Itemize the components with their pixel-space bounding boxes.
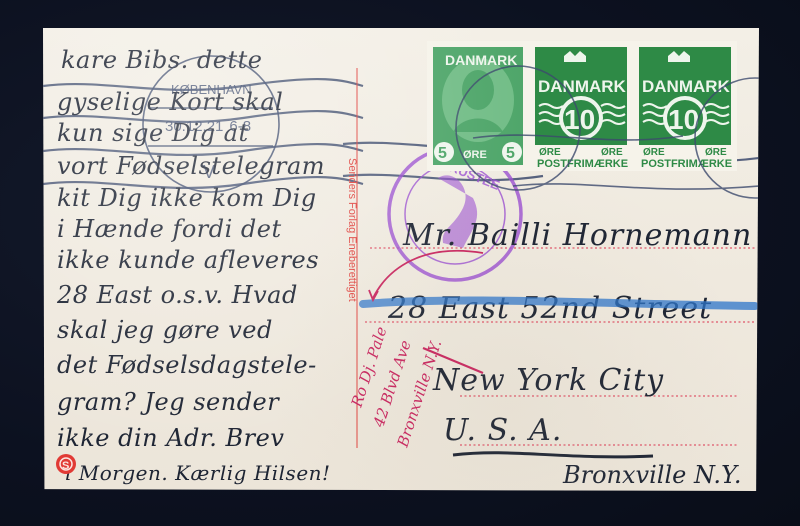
svg-text:kit Dig ikke kom Dig: kit Dig ikke kom Dig [57, 184, 317, 212]
stamp-10-ore-left: DANMARK 10 ØRE ØRE POSTFRIMÆRKE [529, 41, 633, 171]
postcard: KØBENHAVN 30.12.216-8 V kare Bibs. dette… [43, 28, 759, 491]
svg-text:skal jeg gøre ved: skal jeg gøre ved [57, 316, 273, 344]
stamp-10-ore-right: DANMARK 10 ØRE ØRE POSTFRIMÆRKE [633, 41, 737, 171]
svg-text:5: 5 [438, 145, 447, 162]
svg-text:ØRE: ØRE [463, 149, 487, 161]
svg-text:28 East 52nd Street: 28 East 52nd Street [387, 291, 712, 326]
svg-text:ØRE: ØRE [643, 147, 665, 158]
svg-text:i Morgen. Kærlig Hilsen!: i Morgen. Kærlig Hilsen! [65, 461, 331, 485]
svg-text:U. S. A.: U. S. A. [443, 413, 562, 448]
svg-text:DANMARK: DANMARK [445, 52, 517, 68]
svg-text:DANMARK: DANMARK [538, 77, 627, 96]
svg-text:ikke kunde afleveres: ikke kunde afleveres [57, 246, 319, 274]
svg-text:ØRE: ØRE [539, 147, 561, 158]
svg-text:det Fødselsdagstele-: det Fødselsdagstele- [57, 351, 317, 379]
forwarding-address: Bronxville N.Y. [562, 461, 741, 489]
svg-text:ØRE: ØRE [601, 147, 623, 158]
publisher-credit: Senders Forlag Eneberettiget [346, 158, 358, 302]
svg-text:Mr. Bailli Hornemann: Mr. Bailli Hornemann [402, 218, 752, 253]
svg-text:DANMARK: DANMARK [642, 77, 731, 96]
svg-text:gram? Jeg sender: gram? Jeg sender [57, 388, 280, 416]
stamp-5-ore: DANMARK 5 5 ØRE [427, 41, 529, 171]
svg-text:10: 10 [668, 104, 699, 135]
svg-text:gyselige Kort skal: gyselige Kort skal [57, 88, 283, 116]
black-underline [453, 453, 653, 457]
svg-text:ØRE: ØRE [705, 147, 727, 158]
svg-text:kare Bibs. dette: kare Bibs. dette [61, 46, 262, 74]
svg-text:28 East o.s.v. Hvad: 28 East o.s.v. Hvad [56, 281, 298, 309]
svg-text:5: 5 [506, 145, 515, 162]
svg-text:i Hænde fordi det: i Hænde fordi det [57, 215, 282, 243]
svg-text:ikke din Adr. Brev: ikke din Adr. Brev [57, 424, 284, 452]
svg-text:POSTFRIMÆRKE: POSTFRIMÆRKE [641, 158, 732, 170]
svg-text:kun sige Dig at: kun sige Dig at [57, 119, 249, 147]
publisher-logo: S [56, 454, 76, 474]
svg-text:New York City: New York City [432, 363, 664, 398]
svg-text:vort Fødselstelegram: vort Fødselstelegram [57, 152, 325, 180]
svg-text:POSTFRIMÆRKE: POSTFRIMÆRKE [537, 158, 628, 170]
svg-text:S: S [62, 460, 69, 472]
postcard-artwork: KØBENHAVN 30.12.216-8 V kare Bibs. dette… [43, 28, 759, 491]
